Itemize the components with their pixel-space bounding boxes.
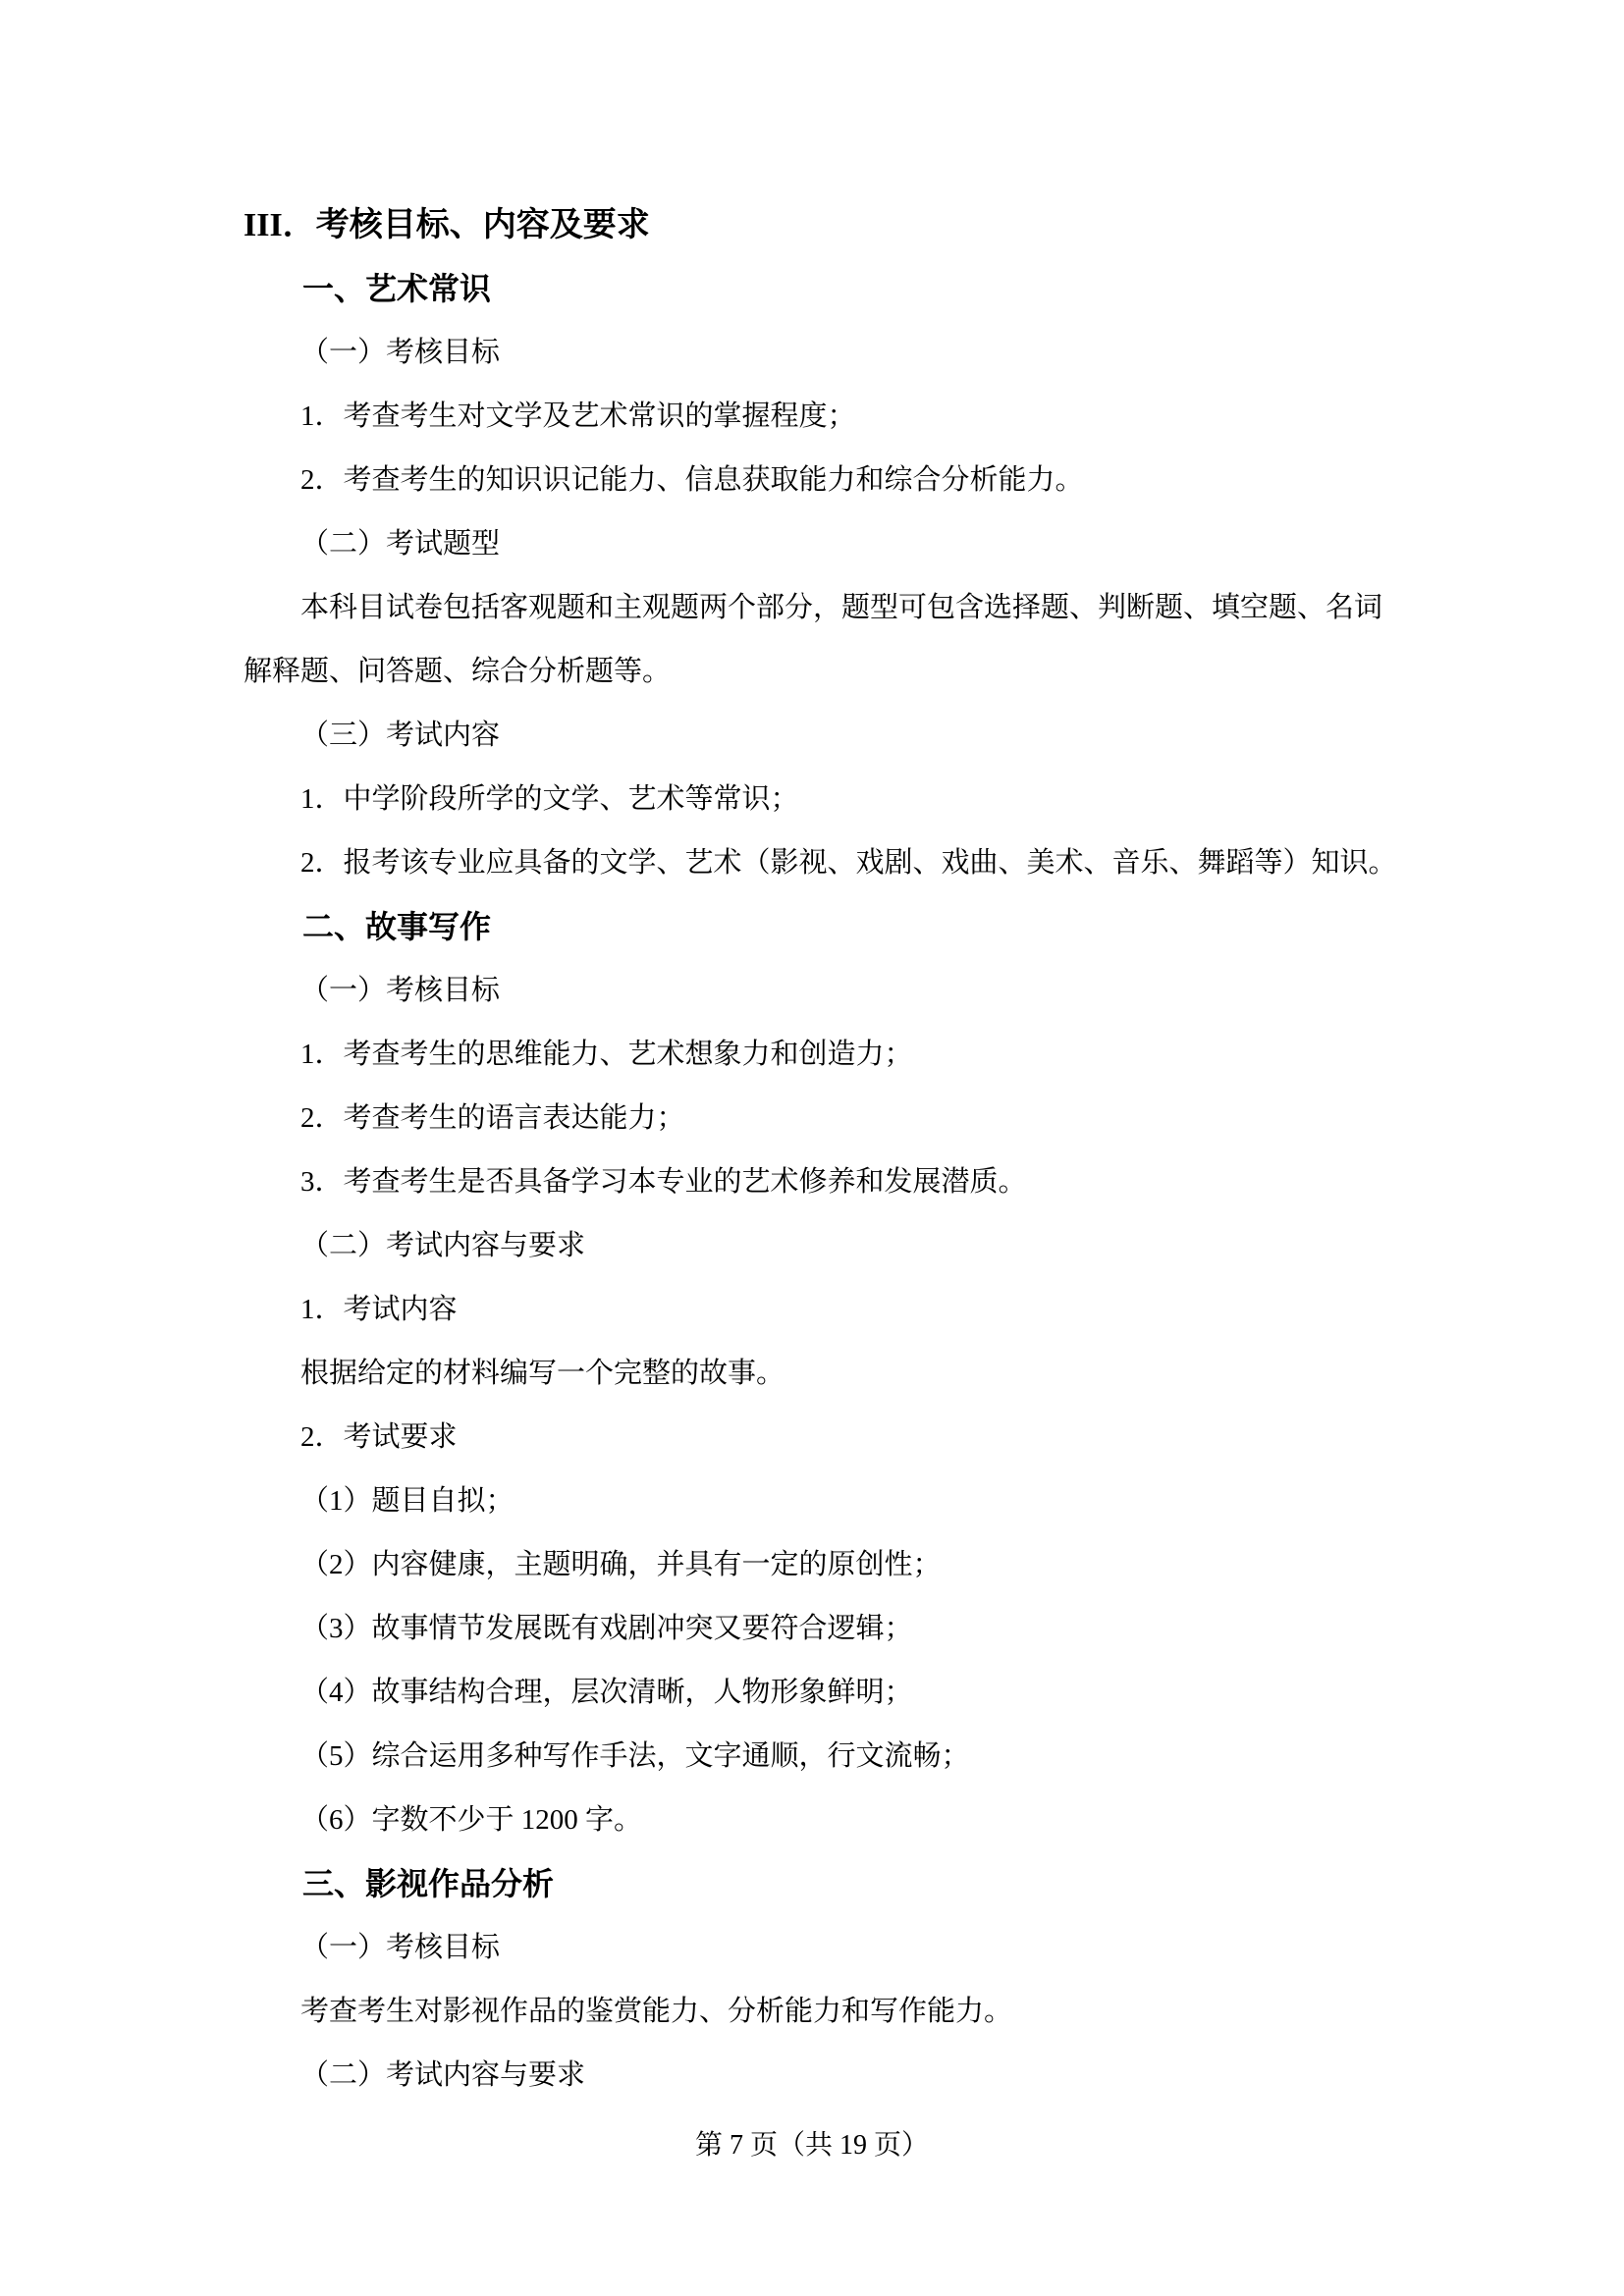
body-line: 1．考查考生的思维能力、艺术想象力和创造力； <box>244 1023 1392 1087</box>
body-line: （1）题目自拟； <box>244 1469 1392 1533</box>
body-line: （5）综合运用多种写作手法，文字通顺，行文流畅； <box>244 1725 1392 1789</box>
body-line: 1．考试内容 <box>244 1278 1392 1342</box>
body-line: 解释题、问答题、综合分析题等。 <box>244 640 1392 704</box>
page-number: 第 7 页（共 19 页） <box>695 2130 929 2161</box>
body-line: （一）考核目标 <box>244 959 1392 1023</box>
body-line: （二）考试题型 <box>244 512 1392 576</box>
section-heading-2: 二、故事写作 <box>244 895 1392 959</box>
body-line: （二）考试内容与要求 <box>244 1214 1392 1278</box>
body-line: 1．中学阶段所学的文学、艺术等常识； <box>244 768 1392 831</box>
body-line: 考查考生对影视作品的鉴赏能力、分析能力和写作能力。 <box>244 1980 1392 2044</box>
body-line: （4）故事结构合理，层次清晰，人物形象鲜明； <box>244 1661 1392 1725</box>
body-line: （一）考核目标 <box>244 321 1392 385</box>
page-footer: 第 7 页（共 19 页） <box>0 2118 1624 2172</box>
section-heading-3: 三、影视作品分析 <box>244 1852 1392 1916</box>
body-line: 根据给定的材料编写一个完整的故事。 <box>244 1342 1392 1406</box>
document-body: III．考核目标、内容及要求 一、艺术常识 （一）考核目标 1．考查考生对文学及… <box>244 193 1392 2108</box>
body-line: （2）内容健康，主题明确，并具有一定的原创性； <box>244 1533 1392 1597</box>
body-line: 本科目试卷包括客观题和主观题两个部分，题型可包含选择题、判断题、填空题、名词 <box>244 576 1392 640</box>
body-line: 2．考查考生的语言表达能力； <box>244 1087 1392 1150</box>
body-line: 1．考查考生对文学及艺术常识的掌握程度； <box>244 385 1392 449</box>
body-line: （三）考试内容 <box>244 704 1392 768</box>
section-heading-1: 一、艺术常识 <box>244 257 1392 321</box>
body-line: 2．考查考生的知识识记能力、信息获取能力和综合分析能力。 <box>244 449 1392 512</box>
body-line: 2．考试要求 <box>244 1406 1392 1469</box>
body-line: （3）故事情节发展既有戏剧冲突又要符合逻辑； <box>244 1597 1392 1661</box>
body-line: （6）字数不少于 1200 字。 <box>244 1789 1392 1852</box>
document-title-numeral: III． <box>244 207 316 243</box>
document-page: III．考核目标、内容及要求 一、艺术常识 （一）考核目标 1．考查考生对文学及… <box>0 0 1624 2296</box>
document-title: III．考核目标、内容及要求 <box>244 193 1392 257</box>
body-line: （二）考试内容与要求 <box>244 2044 1392 2108</box>
document-title-text: 考核目标、内容及要求 <box>316 206 650 243</box>
body-line: 2．报考该专业应具备的文学、艺术（影视、戏剧、戏曲、美术、音乐、舞蹈等）知识。 <box>244 831 1392 895</box>
body-line: （一）考核目标 <box>244 1916 1392 1980</box>
body-line: 3．考查考生是否具备学习本专业的艺术修养和发展潜质。 <box>244 1150 1392 1214</box>
